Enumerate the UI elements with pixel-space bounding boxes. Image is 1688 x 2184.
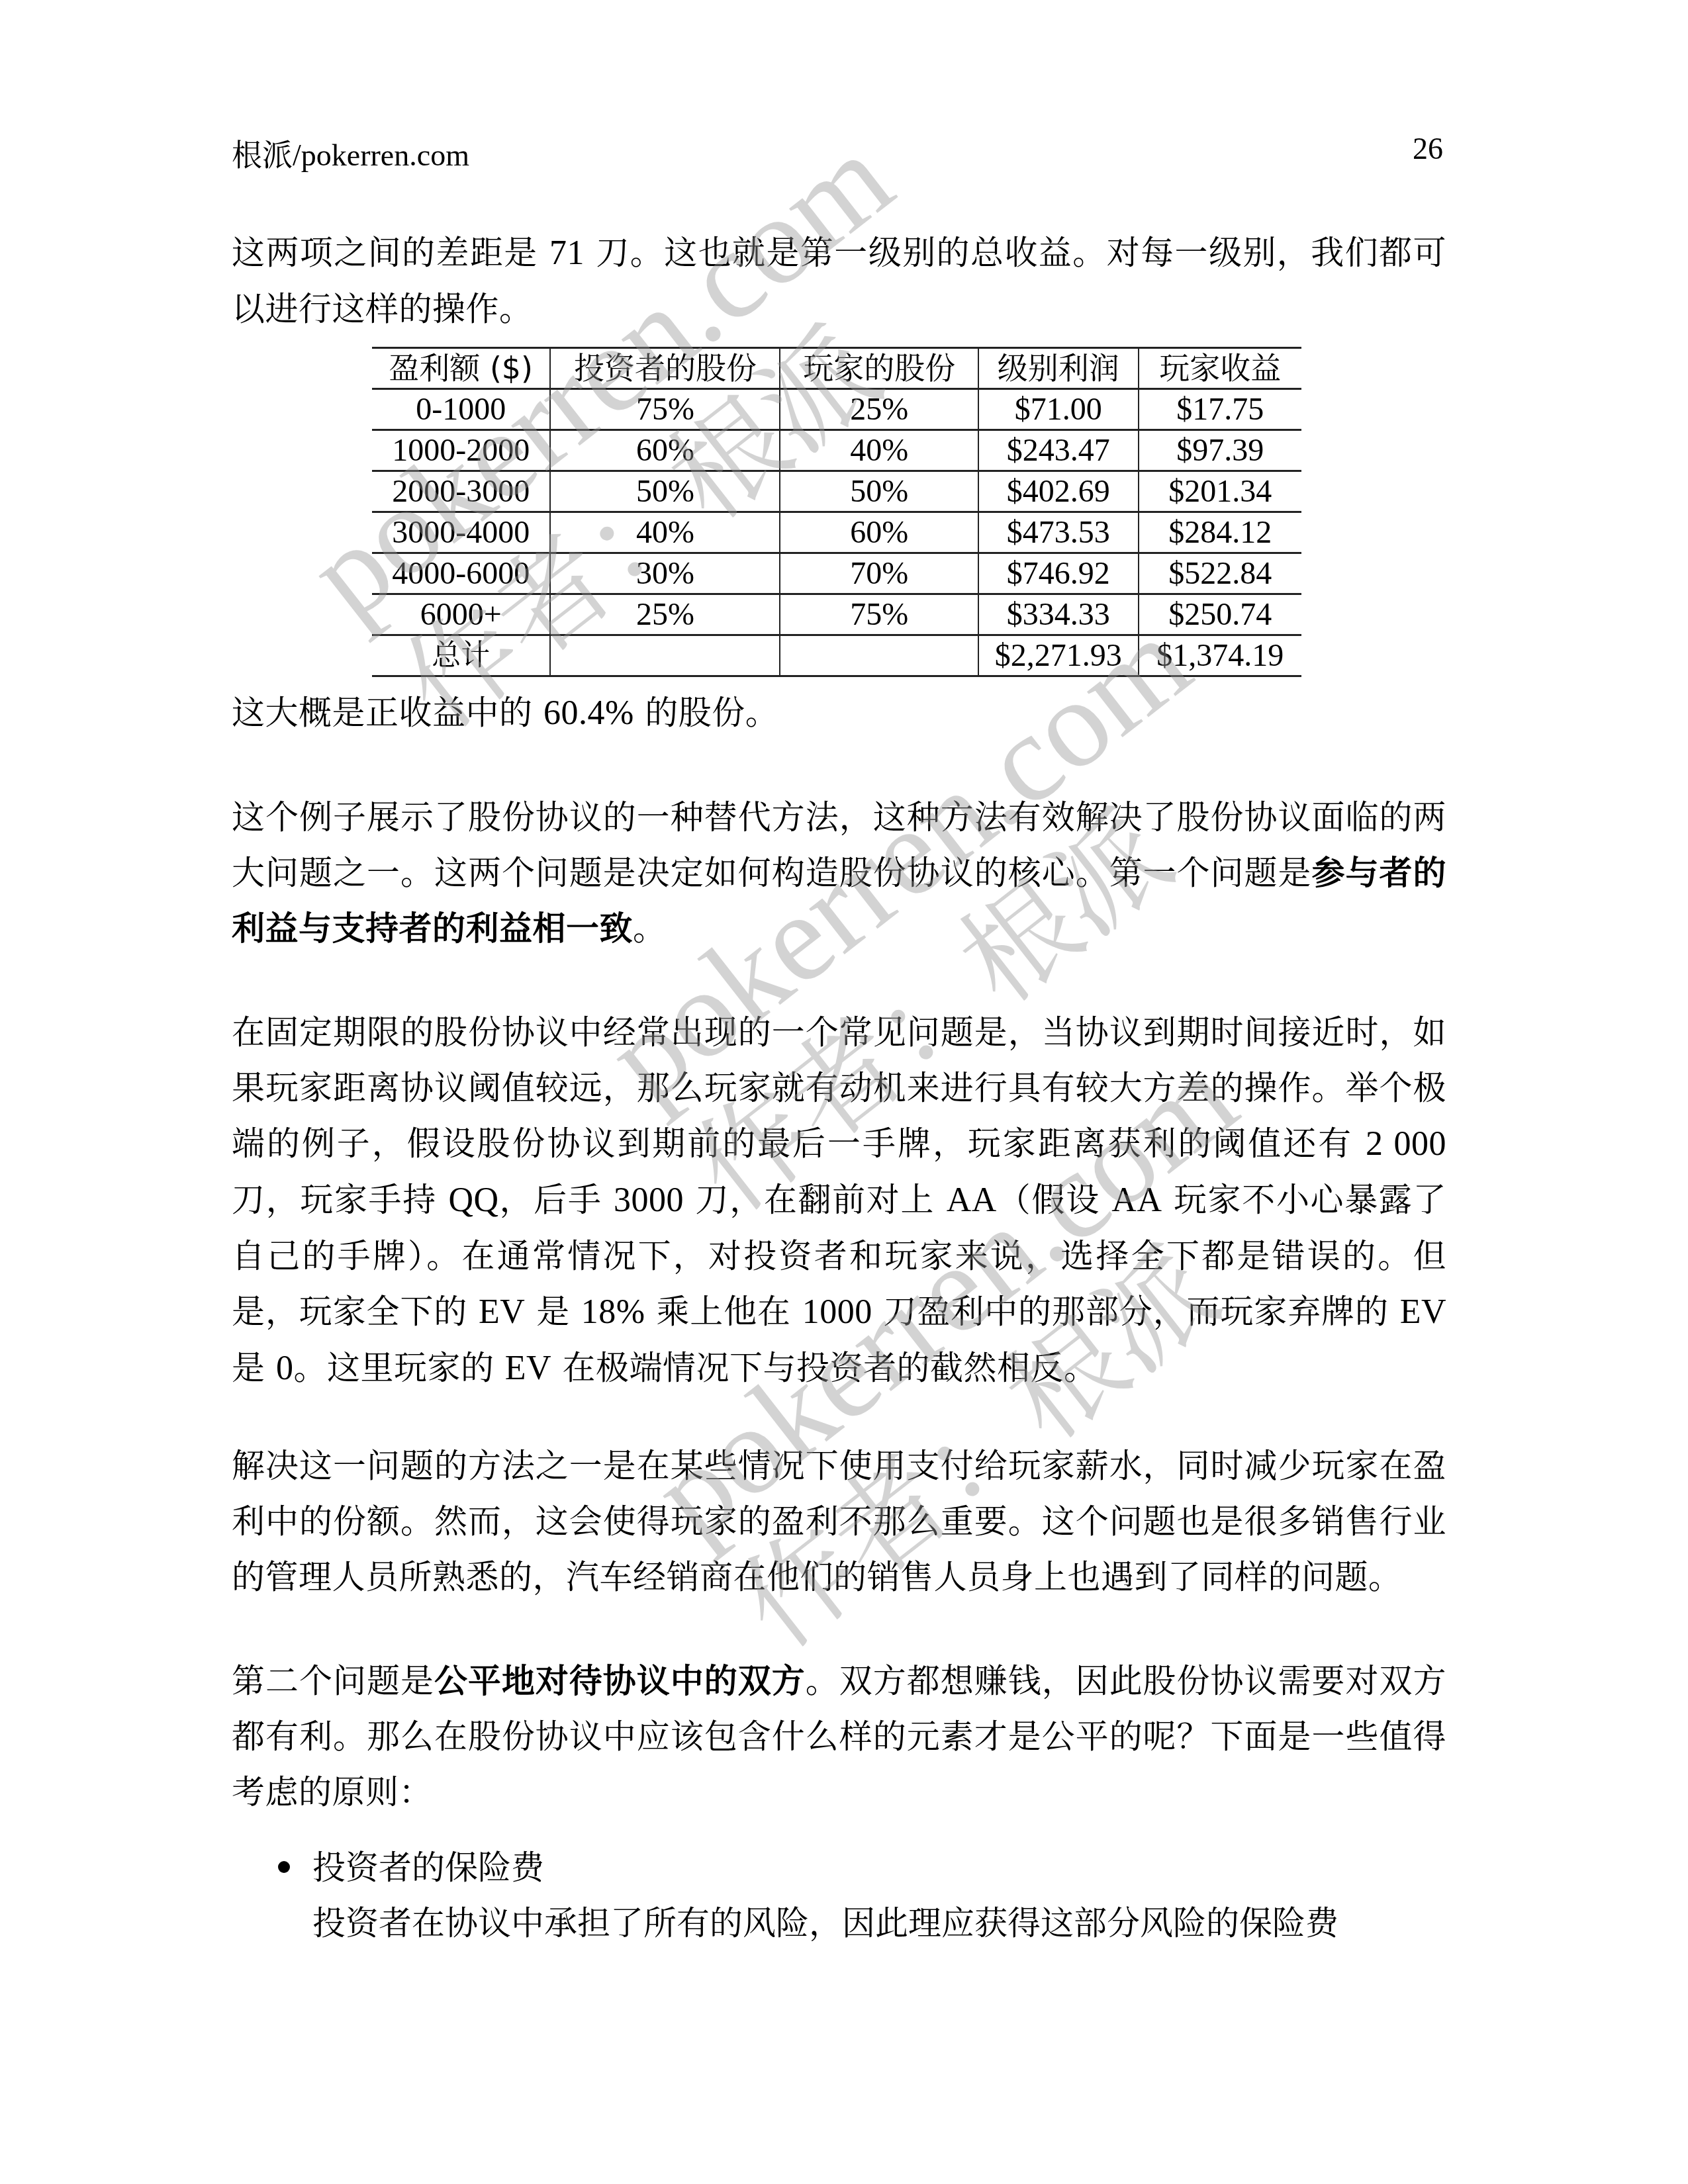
number: 71 bbox=[549, 234, 585, 272]
cell-empty bbox=[550, 635, 780, 676]
text: 刀，在翻前对上 bbox=[684, 1181, 947, 1219]
cell-range: 4000-6000 bbox=[372, 553, 550, 594]
column-header: 投资者的股份 bbox=[550, 348, 780, 389]
text: 的股份。 bbox=[634, 694, 778, 732]
number: AA bbox=[947, 1181, 997, 1219]
cell-investor-share: 25% bbox=[550, 594, 780, 635]
summary-line: 这大概是正收益中的 60.4% 的股份。 bbox=[232, 685, 1446, 741]
list-item-description: 投资者在协议中承担了所有的风险，因此理应获得这部分风险的保险费 bbox=[312, 1895, 1443, 1951]
paragraph-alternative-method: 这个例子展示了股份协议的一种替代方法，这种方法有效解决了股份协议面临的两大问题之… bbox=[232, 790, 1446, 956]
number: 2 000 bbox=[1366, 1125, 1446, 1163]
number: EV bbox=[505, 1349, 551, 1387]
emphasis: 公平地对待协议中的双方 bbox=[434, 1662, 806, 1700]
text: 是 bbox=[232, 1349, 276, 1387]
cell-player-share: 40% bbox=[780, 430, 978, 471]
number: AA bbox=[1111, 1181, 1162, 1219]
cell-investor-share: 50% bbox=[550, 471, 780, 512]
cell-tier-profit: $746.92 bbox=[978, 553, 1138, 594]
list-item: 投资者的保险费 投资者在协议中承担了所有的风险，因此理应获得这部分风险的保险费 bbox=[278, 1840, 1443, 1951]
column-header: 盈利额 ($) bbox=[372, 348, 550, 389]
table-row: 6000+ 25% 75% $334.33 $250.74 bbox=[372, 594, 1301, 635]
principles-list: 投资者的保险费 投资者在协议中承担了所有的风险，因此理应获得这部分风险的保险费 bbox=[278, 1840, 1443, 1951]
table-row: 4000-6000 30% 70% $746.92 $522.84 bbox=[372, 553, 1301, 594]
column-header: 级别利润 bbox=[978, 348, 1138, 389]
bullet-icon bbox=[278, 1861, 290, 1873]
number: 60.4% bbox=[543, 694, 634, 732]
number: EV bbox=[479, 1293, 525, 1331]
share-table: 盈利额 ($) 投资者的股份 玩家的股份 级别利润 玩家收益 0-1000 75… bbox=[372, 347, 1301, 677]
text: （假设 bbox=[997, 1181, 1112, 1219]
cell-investor-share: 40% bbox=[550, 512, 780, 553]
cell-range: 0-1000 bbox=[372, 389, 550, 430]
cell-player-share: 25% bbox=[780, 389, 978, 430]
text: 这个例子展示了股份协议的一种替代方法，这种方法有效解决了股份协议面临的两大问题之… bbox=[232, 798, 1446, 892]
cell-tier-profit: $243.47 bbox=[978, 430, 1138, 471]
text: 在固定期限的股份协议中经常出现的一个常见问题是，当协议到期时间接近时，如果玩家距… bbox=[232, 1013, 1446, 1163]
column-header: 玩家的股份 bbox=[780, 348, 978, 389]
text: 刀盈利中的那部分，而玩家弃牌的 bbox=[872, 1293, 1400, 1331]
cell-tier-profit: $334.33 bbox=[978, 594, 1138, 635]
table-row: 2000-3000 50% 50% $402.69 $201.34 bbox=[372, 471, 1301, 512]
paragraph-intro: 这两项之间的差距是 71 刀。这也就是第一级别的总收益。对每一级别，我们都可以进… bbox=[232, 225, 1446, 337]
cell-tier-profit: $402.69 bbox=[978, 471, 1138, 512]
number: 0 bbox=[276, 1349, 294, 1387]
cell-player-share: 75% bbox=[780, 594, 978, 635]
cell-player-share: 60% bbox=[780, 512, 978, 553]
table-total-row: 总计 $2,271.93 $1,374.19 bbox=[372, 635, 1301, 676]
cell-player-share: 50% bbox=[780, 471, 978, 512]
number: EV bbox=[1400, 1293, 1446, 1331]
text: 这大概是正收益中的 bbox=[232, 694, 543, 732]
cell-player-earnings: $97.39 bbox=[1139, 430, 1301, 471]
text: 刀，玩家手持 bbox=[232, 1181, 448, 1219]
table-row: 0-1000 75% 25% $71.00 $17.75 bbox=[372, 389, 1301, 430]
cell-total-label: 总计 bbox=[372, 635, 550, 676]
list-item-title: 投资者的保险费 bbox=[312, 1840, 1443, 1895]
table-header-row: 盈利额 ($) 投资者的股份 玩家的股份 级别利润 玩家收益 bbox=[372, 348, 1301, 389]
text: 。 bbox=[633, 909, 667, 948]
number: 1000 bbox=[802, 1293, 872, 1331]
text: 这两项之间的差距是 bbox=[232, 234, 549, 272]
cell-investor-share: 60% bbox=[550, 430, 780, 471]
cell-empty bbox=[780, 635, 978, 676]
text: 第二个问题是 bbox=[232, 1662, 434, 1700]
table-row: 1000-2000 60% 40% $243.47 $97.39 bbox=[372, 430, 1301, 471]
number: 3000 bbox=[614, 1181, 684, 1219]
cell-range: 1000-2000 bbox=[372, 430, 550, 471]
paragraph-fairness: 第二个问题是公平地对待协议中的双方。双方都想赚钱，因此股份协议需要对双方都有利。… bbox=[232, 1653, 1446, 1820]
paragraph-fixed-term-problem: 在固定期限的股份协议中经常出现的一个常见问题是，当协议到期时间接近时，如果玩家距… bbox=[232, 1005, 1446, 1396]
cell-player-earnings: $17.75 bbox=[1139, 389, 1301, 430]
cell-investor-share: 75% bbox=[550, 389, 780, 430]
cell-player-share: 70% bbox=[780, 553, 978, 594]
cell-total-player-earnings: $1,374.19 bbox=[1139, 635, 1301, 676]
cell-tier-profit: $473.53 bbox=[978, 512, 1138, 553]
text: 在极端情况下与投资者的截然相反。 bbox=[551, 1349, 1097, 1387]
cell-player-earnings: $284.12 bbox=[1139, 512, 1301, 553]
text: 。这里玩家的 bbox=[293, 1349, 504, 1387]
cell-investor-share: 30% bbox=[550, 553, 780, 594]
text: ，后手 bbox=[498, 1181, 614, 1219]
paragraph-salary-solution: 解决这一问题的方法之一是在某些情况下使用支付给玩家薪水，同时减少玩家在盈利中的份… bbox=[232, 1438, 1446, 1605]
cell-player-earnings: $250.74 bbox=[1139, 594, 1301, 635]
column-header: 玩家收益 bbox=[1139, 348, 1301, 389]
table-row: 3000-4000 40% 60% $473.53 $284.12 bbox=[372, 512, 1301, 553]
cell-tier-profit: $71.00 bbox=[978, 389, 1138, 430]
cell-player-earnings: $201.34 bbox=[1139, 471, 1301, 512]
text: 是 bbox=[525, 1293, 581, 1331]
page-header: 根派/pokerren.com 26 bbox=[232, 131, 1443, 177]
text: 解决这一问题的方法之一是在某些情况下使用支付给玩家薪水，同时减少玩家在盈利中的份… bbox=[232, 1447, 1446, 1596]
cell-player-earnings: $522.84 bbox=[1139, 553, 1301, 594]
cell-range: 6000+ bbox=[372, 594, 550, 635]
number: 18% bbox=[581, 1293, 645, 1331]
cell-range: 3000-4000 bbox=[372, 512, 550, 553]
cell-range: 2000-3000 bbox=[372, 471, 550, 512]
cell-total-tier-profit: $2,271.93 bbox=[978, 635, 1138, 676]
number: QQ bbox=[448, 1181, 498, 1219]
page-number: 26 bbox=[1413, 131, 1443, 166]
running-title: 根派/pokerren.com bbox=[232, 131, 469, 175]
text: 乘上他在 bbox=[645, 1293, 802, 1331]
